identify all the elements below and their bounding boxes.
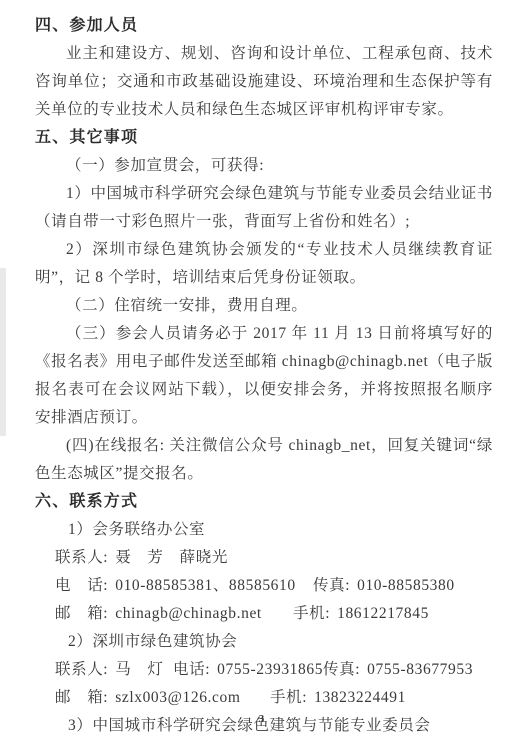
mobile-label: 手机: <box>270 689 307 706</box>
participants-paragraph: 业主和建设方、规划、咨询和设计单位、工程承包商、技术咨询单位；交通和市政基础设施… <box>35 40 493 124</box>
section-heading-participants: 四、参加人员 <box>35 12 493 40</box>
org1-phone: 电 话:010-88585381、88585610 <box>55 572 296 600</box>
document-page: 四、参加人员 业主和建设方、规划、咨询和设计单位、工程承包商、技术咨询单位；交通… <box>0 0 523 742</box>
org2-contact-person: 联系人:马 灯 <box>55 656 164 684</box>
page-number: 3 <box>0 713 523 725</box>
scan-artifact <box>0 268 6 436</box>
other-matters-item1-intro: （一）参加宣贯会，可获得: <box>35 152 493 180</box>
org2-contact-phone-fax-line: 联系人:马 灯 电话:0755-23931865 传真:0755-8367795… <box>35 656 493 684</box>
phone-label: 电 话: <box>55 577 108 594</box>
org2-email: 邮 箱:szlx003@126.com <box>55 684 241 712</box>
phone-label: 电话: <box>173 661 210 678</box>
other-matters-item4: (四)在线报名: 关注微信公众号 chinagb_net，回复关键词“绿色生态城… <box>35 432 493 488</box>
section-heading-contact: 六、联系方式 <box>35 488 493 516</box>
org1-email-mobile-line: 邮 箱:chinagb@chinagb.net 手机:18612217845 <box>35 600 493 628</box>
org1-fax: 传真:010-88585380 <box>313 572 455 600</box>
org2-mobile: 手机:13823224491 <box>270 684 406 712</box>
org2-fax: 传真:0755-83677953 <box>323 656 473 684</box>
fax-value: 010-88585380 <box>357 577 455 594</box>
contact-person-label: 联系人: <box>55 549 108 566</box>
email-value: szlx003@126.com <box>115 689 240 706</box>
org2-phone: 电话:0755-23931865 <box>173 656 323 684</box>
fax-label: 传真: <box>313 577 350 594</box>
email-value: chinagb@chinagb.net <box>115 605 262 622</box>
contact-person-names: 聂 芳 薛晓光 <box>115 549 228 566</box>
org1-email: 邮 箱:chinagb@chinagb.net <box>55 600 262 628</box>
document-content: 四、参加人员 业主和建设方、规划、咨询和设计单位、工程承包商、技术咨询单位；交通… <box>0 0 523 740</box>
fax-value: 0755-83677953 <box>367 661 473 678</box>
section-heading-other-matters: 五、其它事项 <box>35 124 493 152</box>
org2-email-mobile-line: 邮 箱:szlx003@126.com 手机:13823224491 <box>35 684 493 712</box>
org1-contact-person: 联系人:聂 芳 薛晓光 <box>55 544 228 572</box>
email-label: 邮 箱: <box>55 689 108 706</box>
org1-contact-person-line: 联系人:聂 芳 薛晓光 <box>35 544 493 572</box>
other-matters-item2: （二）住宿统一安排，费用自理。 <box>35 292 493 320</box>
mobile-value: 13823224491 <box>314 689 406 706</box>
mobile-value: 18612217845 <box>337 605 429 622</box>
fax-label: 传真: <box>323 661 360 678</box>
phone-value: 010-88585381、88585610 <box>115 577 296 594</box>
contact-person-names: 马 灯 <box>115 661 163 678</box>
mobile-label: 手机: <box>293 605 330 622</box>
other-matters-item1-sub2: 2）深圳市绿色建筑协会颁发的“专业技术人员继续教育证明”，记 8 个学时，培训结… <box>35 236 493 292</box>
other-matters-item1-sub1: 1）中国城市科学研究会绿色建筑与节能专业委员会结业证书（请自带一寸彩色照片一张，… <box>35 180 493 236</box>
contact-org2-title: 2）深圳市绿色建筑协会 <box>35 628 493 656</box>
contact-org1-title: 1）会务联络办公室 <box>35 516 493 544</box>
contact-person-label: 联系人: <box>55 661 108 678</box>
phone-value: 0755-23931865 <box>217 661 323 678</box>
org1-mobile: 手机:18612217845 <box>293 600 429 628</box>
org1-phone-fax-line: 电 话:010-88585381、88585610 传真:010-8858538… <box>35 572 493 600</box>
other-matters-item3: （三）参会人员请务必于 2017 年 11 月 13 日前将填写好的《报名表》用… <box>35 320 493 432</box>
email-label: 邮 箱: <box>55 605 108 622</box>
